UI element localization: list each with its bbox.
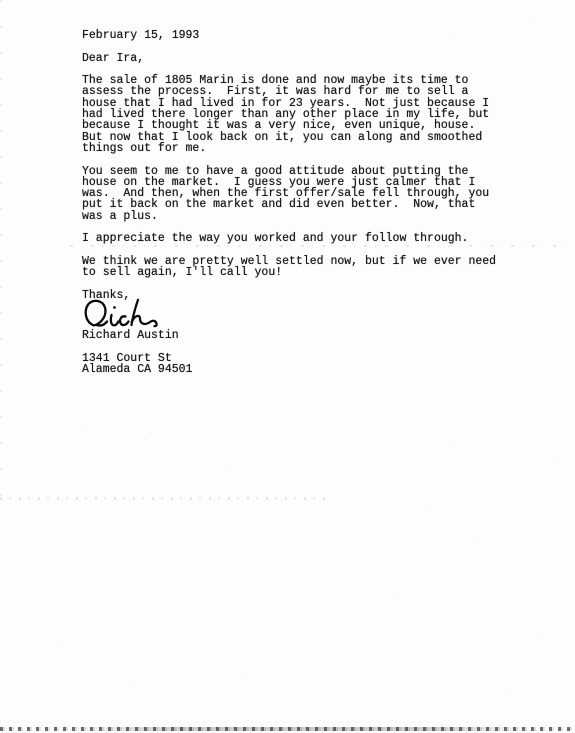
salutation: Dear Ira, [82, 53, 496, 64]
letter-body: February 15, 1993 Dear Ira, The sale of … [82, 30, 496, 375]
paragraph-3: I appreciate the way you worked and your… [82, 233, 496, 244]
paragraph-4: We think we are pretty well settled now,… [82, 256, 496, 279]
scanned-letter-page: February 15, 1993 Dear Ira, The sale of … [0, 0, 575, 733]
handwritten-signature [83, 298, 159, 329]
scan-noise-band-bottom [0, 727, 575, 731]
address-block: 1341 Court St Alameda CA 94501 [82, 353, 496, 376]
address-line-2: Alameda CA 94501 [82, 364, 496, 375]
scan-edge-artifact [0, 0, 2, 520]
signer-name: Richard Austin [82, 330, 496, 341]
scan-noise-band-middle [0, 497, 330, 500]
signature-stroke-icon [83, 298, 159, 329]
scan-specks [0, 0, 1, 1]
paragraph-1: The sale of 1805 Marin is done and now m… [82, 75, 496, 154]
paragraph-2: You seem to me to have a good attitude a… [82, 166, 496, 222]
letter-date: February 15, 1993 [82, 30, 496, 41]
